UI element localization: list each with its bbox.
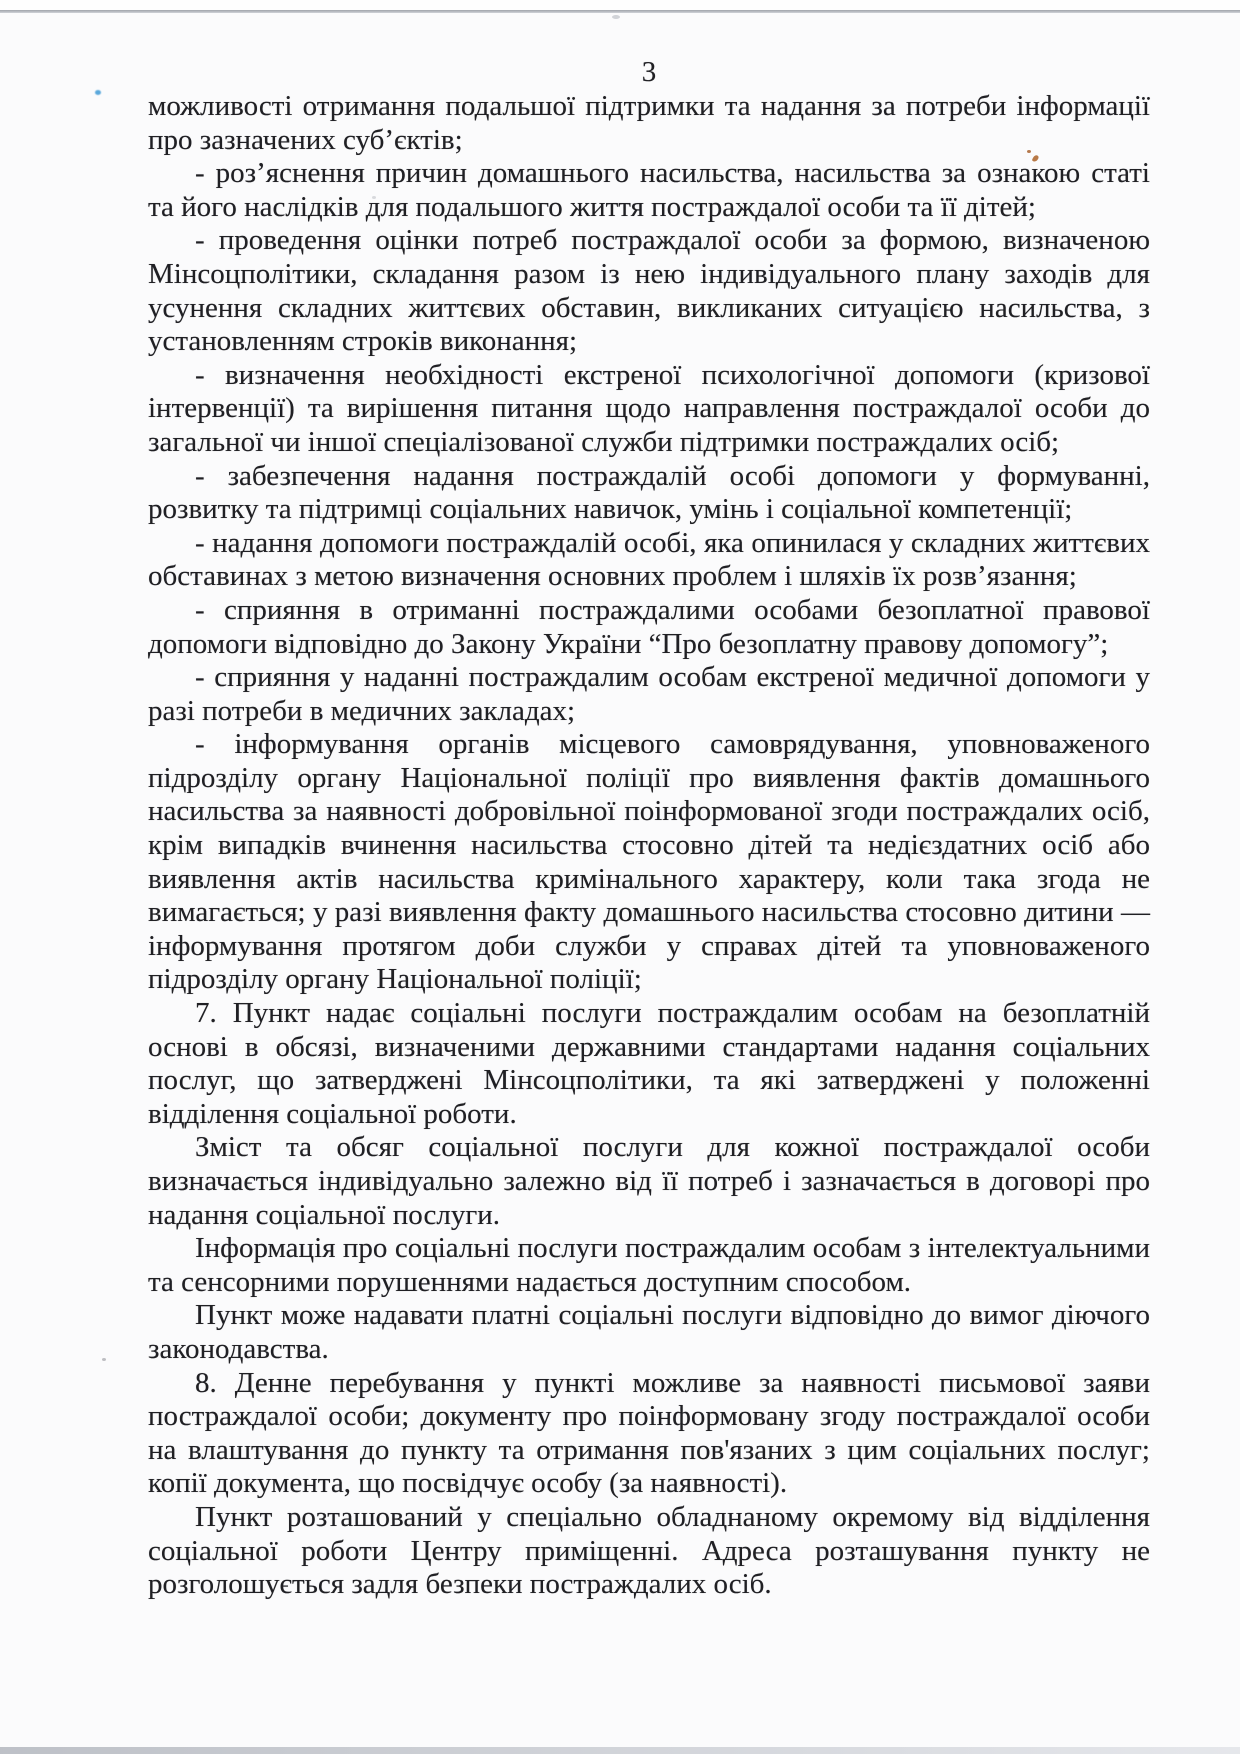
paragraph: - інформування органів місцевого самовря… — [148, 728, 1150, 997]
paragraph: Інформація про соціальні послуги постраж… — [148, 1232, 1150, 1299]
scan-bottom-edge — [0, 1747, 1240, 1754]
paragraph: Пункт може надавати платні соціальні пос… — [148, 1299, 1150, 1366]
paragraph: можливості отримання подальшої підтримки… — [148, 90, 1150, 157]
paragraph: 7. Пункт надає соціальні послуги постраж… — [148, 997, 1150, 1131]
page-number: 3 — [148, 56, 1150, 89]
paragraph: - сприяння в отриманні постраждалими осо… — [148, 594, 1150, 661]
paragraph: Зміст та обсяг соціальної послуги для ко… — [148, 1131, 1150, 1232]
paragraph: - проведення оцінки потреб постраждалої … — [148, 224, 1150, 358]
paragraph: - забезпечення надання постраждалій особ… — [148, 460, 1150, 527]
scan-artifact-dark-speck — [102, 1358, 106, 1361]
paragraph: - визначення необхідності екстреної псих… — [148, 359, 1150, 460]
paragraph: - надання допомоги постраждалій особі, я… — [148, 527, 1150, 594]
document-body: можливості отримання подальшої підтримки… — [148, 90, 1150, 1602]
scan-top-edge — [0, 10, 1240, 13]
paragraph: Пункт розташований у спеціально обладнан… — [148, 1501, 1150, 1602]
paragraph: 8. Денне перебування у пункті можливе за… — [148, 1367, 1150, 1501]
paragraph: - сприяння у наданні постраждалим особам… — [148, 661, 1150, 728]
scan-artifact-blue-speck — [95, 90, 101, 95]
scanned-document-page: 3 можливості отримання подальшої підтрим… — [0, 0, 1240, 1754]
scanner-background-strip — [0, 0, 1240, 10]
paragraph: - роз’яснення причин домашнього насильст… — [148, 157, 1150, 224]
scan-artifact-gray-smudge — [612, 15, 620, 19]
